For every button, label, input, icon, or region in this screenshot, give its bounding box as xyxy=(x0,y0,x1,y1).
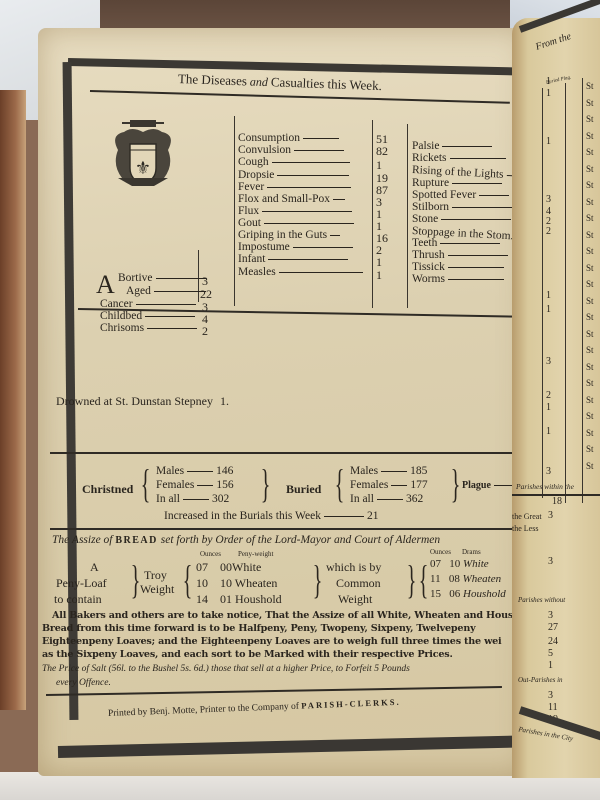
troy-row: 07 00White xyxy=(196,560,261,575)
disease-row: Teeth xyxy=(412,237,503,249)
disease-name: Bortive xyxy=(118,272,153,284)
disease-name: Spotted Fever xyxy=(412,189,476,201)
disease-name: Flox and Small-Pox xyxy=(238,193,330,205)
column-divider xyxy=(582,78,583,503)
assize-heading: The Assize of BREAD set forth by Order o… xyxy=(52,534,440,546)
burials-increase: Increased in the Burials this Week21 xyxy=(164,510,378,522)
christened-label: Christned xyxy=(82,482,133,497)
common-row: 15 06 Houshold xyxy=(430,588,506,600)
title-part-3: Casualties this Week. xyxy=(271,74,382,93)
notice-line: Eighteenpeny Loaves; and the Eighteenpen… xyxy=(42,636,502,647)
burial-count: 1 xyxy=(546,88,551,99)
buried-males: Males185 xyxy=(350,465,427,477)
svg-text:⚜: ⚜ xyxy=(135,158,151,178)
column-divider xyxy=(542,88,543,498)
disease-row: Cough xyxy=(238,156,353,168)
border-bottom xyxy=(58,735,538,758)
burial-count: 1 xyxy=(548,660,553,671)
troy-label: Troy xyxy=(144,568,167,583)
disease-count: 82 xyxy=(376,144,388,159)
troy-row: 14 01 Houshold xyxy=(196,592,282,607)
disease-name: Palsie xyxy=(412,140,439,152)
loaf-label: to contain xyxy=(54,592,102,607)
buried-females: Females177 xyxy=(350,479,428,491)
column-head: Ounces xyxy=(200,550,221,558)
burial-count: 3 xyxy=(546,194,551,205)
column-head: Peny-weight xyxy=(238,550,273,558)
disease-name: Rupture xyxy=(412,177,449,189)
common-label: which is by xyxy=(326,560,381,575)
common-label: Weight xyxy=(338,592,372,607)
burial-count: 3 xyxy=(546,356,551,367)
disease-name: Fever xyxy=(238,181,264,193)
brace: { xyxy=(335,464,345,504)
common-label: Common xyxy=(336,576,381,591)
salt-price-line: every Offence. xyxy=(56,678,111,688)
disease-name: Dropsie xyxy=(238,169,274,181)
coat-of-arms-icon: ⚜ xyxy=(108,120,178,195)
burial-count: 1 xyxy=(546,136,551,147)
casualty-count: 1. xyxy=(220,394,229,408)
disease-row: Fever xyxy=(238,181,354,193)
brace: { xyxy=(183,560,193,600)
troy-label: Weight xyxy=(140,582,174,597)
brace: } xyxy=(131,560,141,600)
common-row: 11 08 Wheaten xyxy=(430,573,501,585)
disease-name: Rickets xyxy=(412,152,447,164)
christened-total: In all302 xyxy=(156,493,229,505)
disease-row: Worms xyxy=(412,273,507,285)
book-cover-edge xyxy=(0,90,26,710)
section-rule xyxy=(50,452,520,454)
right-page-header: From the xyxy=(534,31,572,53)
burial-count: 1 xyxy=(546,426,551,437)
burial-count: 1 xyxy=(546,304,551,315)
burial-count: 1 xyxy=(546,290,551,301)
column-divider xyxy=(372,120,373,308)
notice-line: Bread from this time forward is to be Ha… xyxy=(42,623,476,634)
disease-count: 2 xyxy=(202,324,208,339)
column-divider xyxy=(407,124,408,308)
title-part-2: and xyxy=(250,75,268,90)
section-heading: Parishes within the xyxy=(516,482,574,491)
disease-row: Consumption xyxy=(238,132,342,144)
disease-row: Aged xyxy=(126,285,209,297)
disease-row: Dropsie xyxy=(238,169,352,181)
christened-females: Females156 xyxy=(156,479,234,491)
footer-rule xyxy=(46,686,502,695)
adjacent-page: From the Buried Plag. 1 1 1 3 4 2 2 1 1 … xyxy=(512,18,600,778)
disease-row: Infant xyxy=(238,253,351,265)
disease-row: Gout xyxy=(238,217,357,229)
border-top xyxy=(68,58,538,76)
disease-row: Measles xyxy=(238,266,366,278)
disease-name: Flux xyxy=(238,205,259,217)
column-divider xyxy=(565,83,566,503)
disease-name: Griping in the Guts xyxy=(238,229,327,241)
casualty-text: Drowned at St. Dunstan Stepney xyxy=(56,394,213,408)
disease-row: Palsie xyxy=(412,140,495,152)
parish-prefix-column: St St St St St St St St St St St St St S… xyxy=(586,78,594,474)
disease-row: Griping in the Guts xyxy=(238,229,343,241)
printer-line: Printed by Benj. Motte, Printer to the C… xyxy=(108,697,401,719)
disease-row: Stilborn xyxy=(412,201,515,213)
disease-name: Measles xyxy=(238,266,276,278)
disease-name: Teeth xyxy=(412,237,437,249)
disease-name: Infant xyxy=(238,253,265,265)
section-heading: Out-Parishes in xyxy=(518,676,563,684)
disease-row: Bortive xyxy=(118,272,209,284)
salt-price-line: The Price of Salt (56l. to the Bushel 5s… xyxy=(42,664,410,674)
column-head: Ounces xyxy=(430,548,451,556)
notice-line: as the Sixpeny Loaves, and each sort to … xyxy=(42,649,453,660)
burial-count: 24 xyxy=(548,636,558,647)
disease-row: Thrush xyxy=(412,249,511,261)
disease-row: Childbed xyxy=(100,310,198,322)
disease-name: Chrisoms xyxy=(100,322,144,334)
disease-count: 1 xyxy=(376,268,382,283)
section-heading: Parishes without xyxy=(518,596,565,604)
loaf-label: A xyxy=(90,560,99,575)
loaf-label: Peny-Loaf xyxy=(56,576,107,591)
burial-count: 2 xyxy=(546,226,551,237)
disease-name: Stone xyxy=(412,213,438,225)
disease-name: Thrush xyxy=(412,249,445,261)
brace: } xyxy=(451,464,461,504)
burial-count: 11 xyxy=(548,702,558,713)
disease-row: Chrisoms xyxy=(100,322,200,334)
brace: { xyxy=(419,560,429,600)
christened-males: Males146 xyxy=(156,465,233,477)
troy-row: 10 10 Wheaten xyxy=(196,576,277,591)
column-divider xyxy=(234,116,235,306)
burial-count: 1 xyxy=(546,402,551,413)
parish-name: the Less xyxy=(512,524,538,533)
burial-count: 5 xyxy=(548,648,553,659)
disease-row: Spotted Fever xyxy=(412,189,512,201)
buried-label: Buried xyxy=(286,482,321,497)
bill-of-mortality-page: The Diseases and Casualties this Week. ⚜… xyxy=(38,28,528,776)
brace: } xyxy=(313,560,323,600)
disease-name: Convulsion xyxy=(238,144,291,156)
disease-row: Rupture xyxy=(412,177,505,189)
notice-line: All Bakers and others are to take notice… xyxy=(52,610,520,621)
title-part-1: The Diseases xyxy=(178,71,247,88)
burial-count: 3 xyxy=(548,556,553,567)
parish-name: the Great xyxy=(512,512,542,521)
disease-row: Flux xyxy=(238,205,355,217)
disease-name: Stilborn xyxy=(412,201,449,213)
burial-count: 18 xyxy=(552,496,562,507)
disease-row: Tissick xyxy=(412,261,507,273)
brace: { xyxy=(141,464,151,504)
border-left xyxy=(63,62,79,720)
disease-row: Rickets xyxy=(412,152,509,164)
disease-name: Gout xyxy=(238,217,261,229)
disease-name: Impostume xyxy=(238,241,290,253)
disease-name: Tissick xyxy=(412,261,445,273)
disease-row: Stone xyxy=(412,213,514,225)
disease-name: Cough xyxy=(238,156,269,168)
background-table xyxy=(0,772,600,800)
burial-count: 3 xyxy=(548,510,553,521)
burial-count: 3 xyxy=(548,610,553,621)
column-head: Drams xyxy=(462,548,481,556)
burial-count: 1 xyxy=(546,76,551,87)
disease-row: Convulsion xyxy=(238,144,347,156)
buried-total: In all362 xyxy=(350,493,423,505)
common-row: 07 10 White xyxy=(430,558,489,570)
initial-letter: A xyxy=(96,270,115,300)
disease-row: Impostume xyxy=(238,241,356,253)
brace: } xyxy=(407,560,417,600)
burial-count: 27 xyxy=(548,622,558,633)
burial-count: 3 xyxy=(546,466,551,477)
brace: } xyxy=(261,464,271,504)
burial-count: 2 xyxy=(546,390,551,401)
disease-name: Worms xyxy=(412,273,445,285)
burial-count: 3 xyxy=(548,690,553,701)
disease-name: Childbed xyxy=(100,310,142,322)
casualty-line: Drowned at St. Dunstan Stepney 1. xyxy=(56,394,229,409)
disease-name: Consumption xyxy=(238,132,300,144)
section-rule xyxy=(50,528,520,530)
disease-name: Aged xyxy=(126,285,151,297)
disease-row: Flox and Small-Pox xyxy=(238,193,348,205)
